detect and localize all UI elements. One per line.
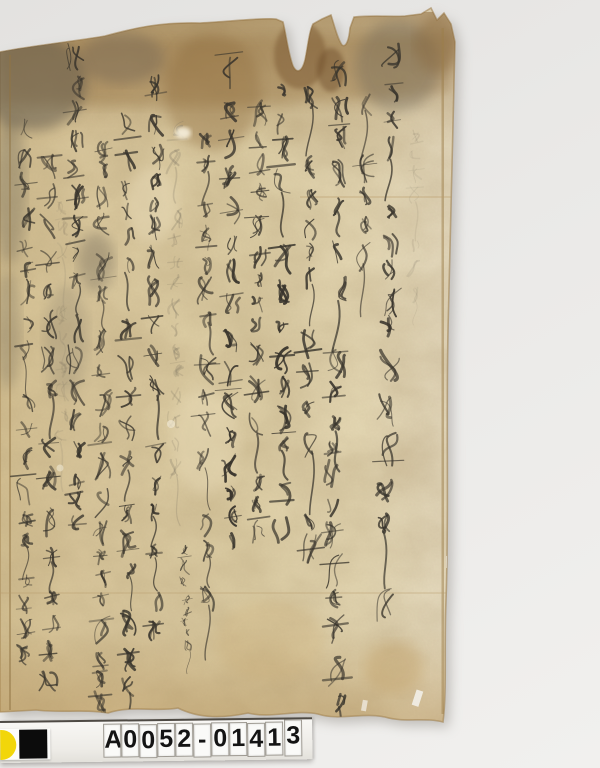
label-tile-3: 5 bbox=[157, 723, 175, 757]
label-tile-7: 1 bbox=[229, 722, 247, 756]
manuscript-photo bbox=[0, 0, 600, 768]
label-tile-2: 0 bbox=[139, 724, 157, 758]
label-tile-5: - bbox=[193, 723, 211, 757]
black-square-patch bbox=[19, 729, 47, 758]
label-tile-6: 0 bbox=[211, 722, 229, 756]
label-tile-8: 4 bbox=[247, 723, 265, 757]
photo-scene: A0052-01413 bbox=[0, 0, 600, 768]
label-tile-0: A bbox=[103, 724, 121, 758]
manuscript-page bbox=[0, 0, 460, 768]
yellow-circle-patch bbox=[0, 730, 16, 760]
label-tile-1: 0 bbox=[121, 723, 139, 757]
label-tile-9: 1 bbox=[265, 722, 283, 756]
label-tile-4: 2 bbox=[175, 723, 193, 757]
label-number: A0052-01413 bbox=[103, 721, 302, 759]
label-strip: A0052-01413 bbox=[0, 717, 312, 763]
label-tile-10: 3 bbox=[284, 719, 302, 756]
color-calibration-tile bbox=[0, 728, 50, 760]
